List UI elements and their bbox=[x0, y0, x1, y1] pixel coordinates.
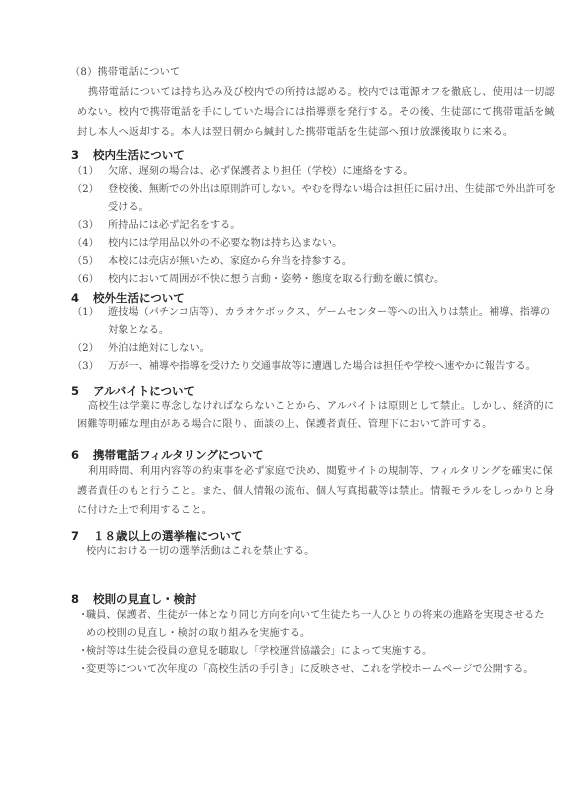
item-text: 対象となる。 bbox=[108, 324, 169, 338]
item-text: 遊技場（パチンコ店等）、カラオケボックス、ゲームセンター等への出入りは禁止。補導… bbox=[108, 306, 550, 320]
item-text: 登校後、無断での外出は原則許可しない。やむを得ない場合は担任に届け出、生徒部で外… bbox=[108, 183, 556, 197]
section-number: 7 bbox=[71, 528, 93, 544]
item-marker: （2） bbox=[72, 342, 99, 356]
item-marker: （2） bbox=[72, 183, 99, 197]
section-title: 校外生活について bbox=[93, 291, 185, 305]
bullet-text: 変更等について次年度の「高校生活の手引き」に反映させ、これを学校ホームページで公… bbox=[86, 663, 534, 677]
item-text: 本校には売店が無いため、家庭から弁当を持参する。 bbox=[108, 255, 352, 269]
paragraph-line: 校内における一切の選挙活動はこれを禁止する。 bbox=[86, 545, 315, 559]
section-number: 5 bbox=[71, 383, 93, 399]
subsection-title: （8）携帯電話について bbox=[70, 66, 180, 80]
item-marker: （1） bbox=[72, 306, 99, 320]
bullet-text: 検討等は生徒会役員の意見を聴取し「学校運営協議会」によって実施する。 bbox=[86, 645, 432, 659]
item-marker: （4） bbox=[72, 237, 99, 251]
paragraph-line: に付けた上で利用すること。 bbox=[77, 504, 212, 518]
item-marker: （6） bbox=[72, 273, 99, 287]
paragraph-line: めない。校内で携帯電話を手にしていた場合には指導票を発行する。その後、生徒部にて… bbox=[77, 106, 555, 120]
paragraph-line: 高校生は学業に専念しなければならないことから、アルバイトは原則として禁止。しかし… bbox=[88, 400, 554, 414]
item-marker: （3） bbox=[72, 360, 99, 374]
item-text: 外泊は絶対にしない。 bbox=[108, 342, 210, 356]
item-marker: （1） bbox=[72, 165, 99, 179]
section-heading: 8校則の見直し・検討 bbox=[71, 591, 197, 607]
section-heading: 4校外生活について bbox=[71, 290, 185, 306]
paragraph-line: 困難等明確な理由がある場合に限り、面談の上、保護者責任、管理下において許可する。 bbox=[77, 418, 493, 432]
paragraph-line: 携帯電話については持ち込み及び校内での所持は認める。校内では電源オフを徹底し、使… bbox=[88, 86, 555, 100]
section-heading: 5アルバイトについて bbox=[71, 383, 195, 399]
item-text: 校内には学用品以外の不必要な物は持ち込まない。 bbox=[108, 237, 342, 251]
section-heading: 6携帯電話フィルタリングについて bbox=[71, 447, 264, 463]
item-text: 所持品には必ず記名をする。 bbox=[108, 219, 240, 233]
section-number: 6 bbox=[71, 447, 93, 463]
section-title: 校内生活について bbox=[93, 148, 185, 162]
item-marker: （3） bbox=[72, 219, 99, 233]
paragraph-line: 封し本人へ返却する。本人は翌日朝から緘封した携帯電話を生徒部へ預け放課後取りに来… bbox=[77, 126, 513, 140]
item-marker: （5） bbox=[72, 255, 99, 269]
section-title: アルバイトについて bbox=[93, 384, 195, 398]
item-text: 受ける。 bbox=[108, 201, 149, 215]
item-text: 万が一、補導や指導を受けたり交通事故等に遭遇した場合は担任や学校へ速やかに報告す… bbox=[108, 360, 536, 374]
section-title: １８歳以上の選挙権について bbox=[93, 529, 242, 543]
section-title: 校則の見直し・検討 bbox=[93, 592, 197, 606]
bullet-text: 職員、保護者、生徒が一体となり同じ方向を向いて生徒たち一人ひとりの将来の進路を実… bbox=[86, 609, 544, 623]
section-number: 4 bbox=[71, 290, 93, 306]
paragraph-line: 護者責任のもと行うこと。また、個人情報の流布、個人写真掲載等は禁止。情報モラルを… bbox=[77, 485, 555, 499]
document-page: （8）携帯電話について 携帯電話については持ち込み及び校内での所持は認める。校内… bbox=[0, 0, 566, 800]
item-text: 校内において周囲が不快に想う言動・姿勢・態度を取る行動を厳に慎む。 bbox=[108, 273, 444, 287]
section-number: 3 bbox=[71, 147, 93, 163]
bullet-text: めの校則の見直し・検討の取り組みを実施する。 bbox=[86, 627, 310, 641]
section-title: 携帯電話フィルタリングについて bbox=[93, 448, 264, 462]
item-text: 欠席、遅刻の場合は、必ず保護者より担任（学校）に連絡をする。 bbox=[108, 165, 414, 179]
section-heading: 7１８歳以上の選挙権について bbox=[71, 528, 242, 544]
section-heading: 3校内生活について bbox=[71, 147, 185, 163]
section-number: 8 bbox=[71, 591, 93, 607]
paragraph-line: 利用時間、利用内容等の約束事を必ず家庭で決め、閲覧サイトの規制等、フィルタリング… bbox=[88, 465, 553, 479]
